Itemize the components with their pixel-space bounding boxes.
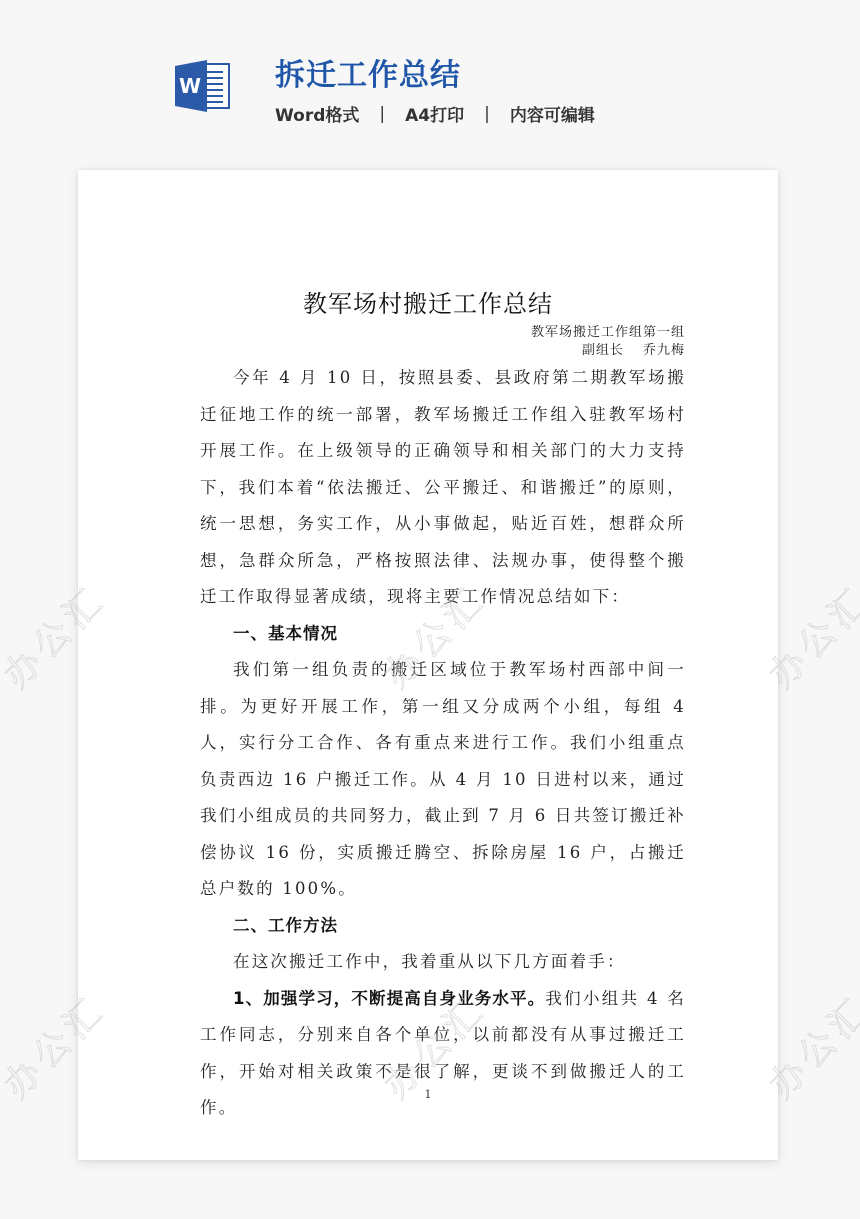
byline: 教军场搬迁工作组第一组 副组长 乔九梅 [531,324,685,360]
meta-format: Word格式 [275,101,359,126]
body-text: 今年 4 月 10 日，按照县委、县政府第二期教军场搬迁征地工作的统一部署，教军… [200,360,686,1127]
byline-group: 教军场搬迁工作组第一组 [531,324,685,342]
section-1-paragraph: 我们第一组负责的搬迁区域位于教军场村西部中间一排。为更好开展工作，第一组又分成两… [200,652,686,908]
paper-title: 教军场村搬迁工作总结 [78,284,778,319]
meta-print: A4打印 [405,101,464,126]
meta-editable: 内容可编辑 [510,101,595,126]
section-heading-2: 二、工作方法 [200,908,686,945]
svg-text:W: W [179,74,201,98]
separator: | [484,104,490,124]
document-page: 教军场村搬迁工作总结 教军场搬迁工作组第一组 副组长 乔九梅 今年 4 月 10… [78,170,778,1160]
section-2-intro: 在这次搬迁工作中，我着重从以下几方面着手： [200,944,686,981]
doc-title: 拆迁工作总结 [275,50,461,94]
word-icon: W [175,60,231,112]
point-1-paragraph: 1、加强学习，不断提高自身业务水平。我们小组共 4 名工作同志，分别来自各个单位… [200,981,686,1127]
byline-author: 副组长 乔九梅 [531,342,685,360]
separator: | [379,104,385,124]
intro-paragraph: 今年 4 月 10 日，按照县委、县政府第二期教军场搬迁征地工作的统一部署，教军… [200,360,686,616]
format-meta: Word格式 | A4打印 | 内容可编辑 [275,101,595,126]
header: W 拆迁工作总结 Word格式 | A4打印 | 内容可编辑 [0,0,860,170]
section-heading-1: 一、基本情况 [200,616,686,653]
page-number: 1 [78,1088,778,1101]
point-1-title: 1、加强学习，不断提高自身业务水平。 [233,989,545,1008]
